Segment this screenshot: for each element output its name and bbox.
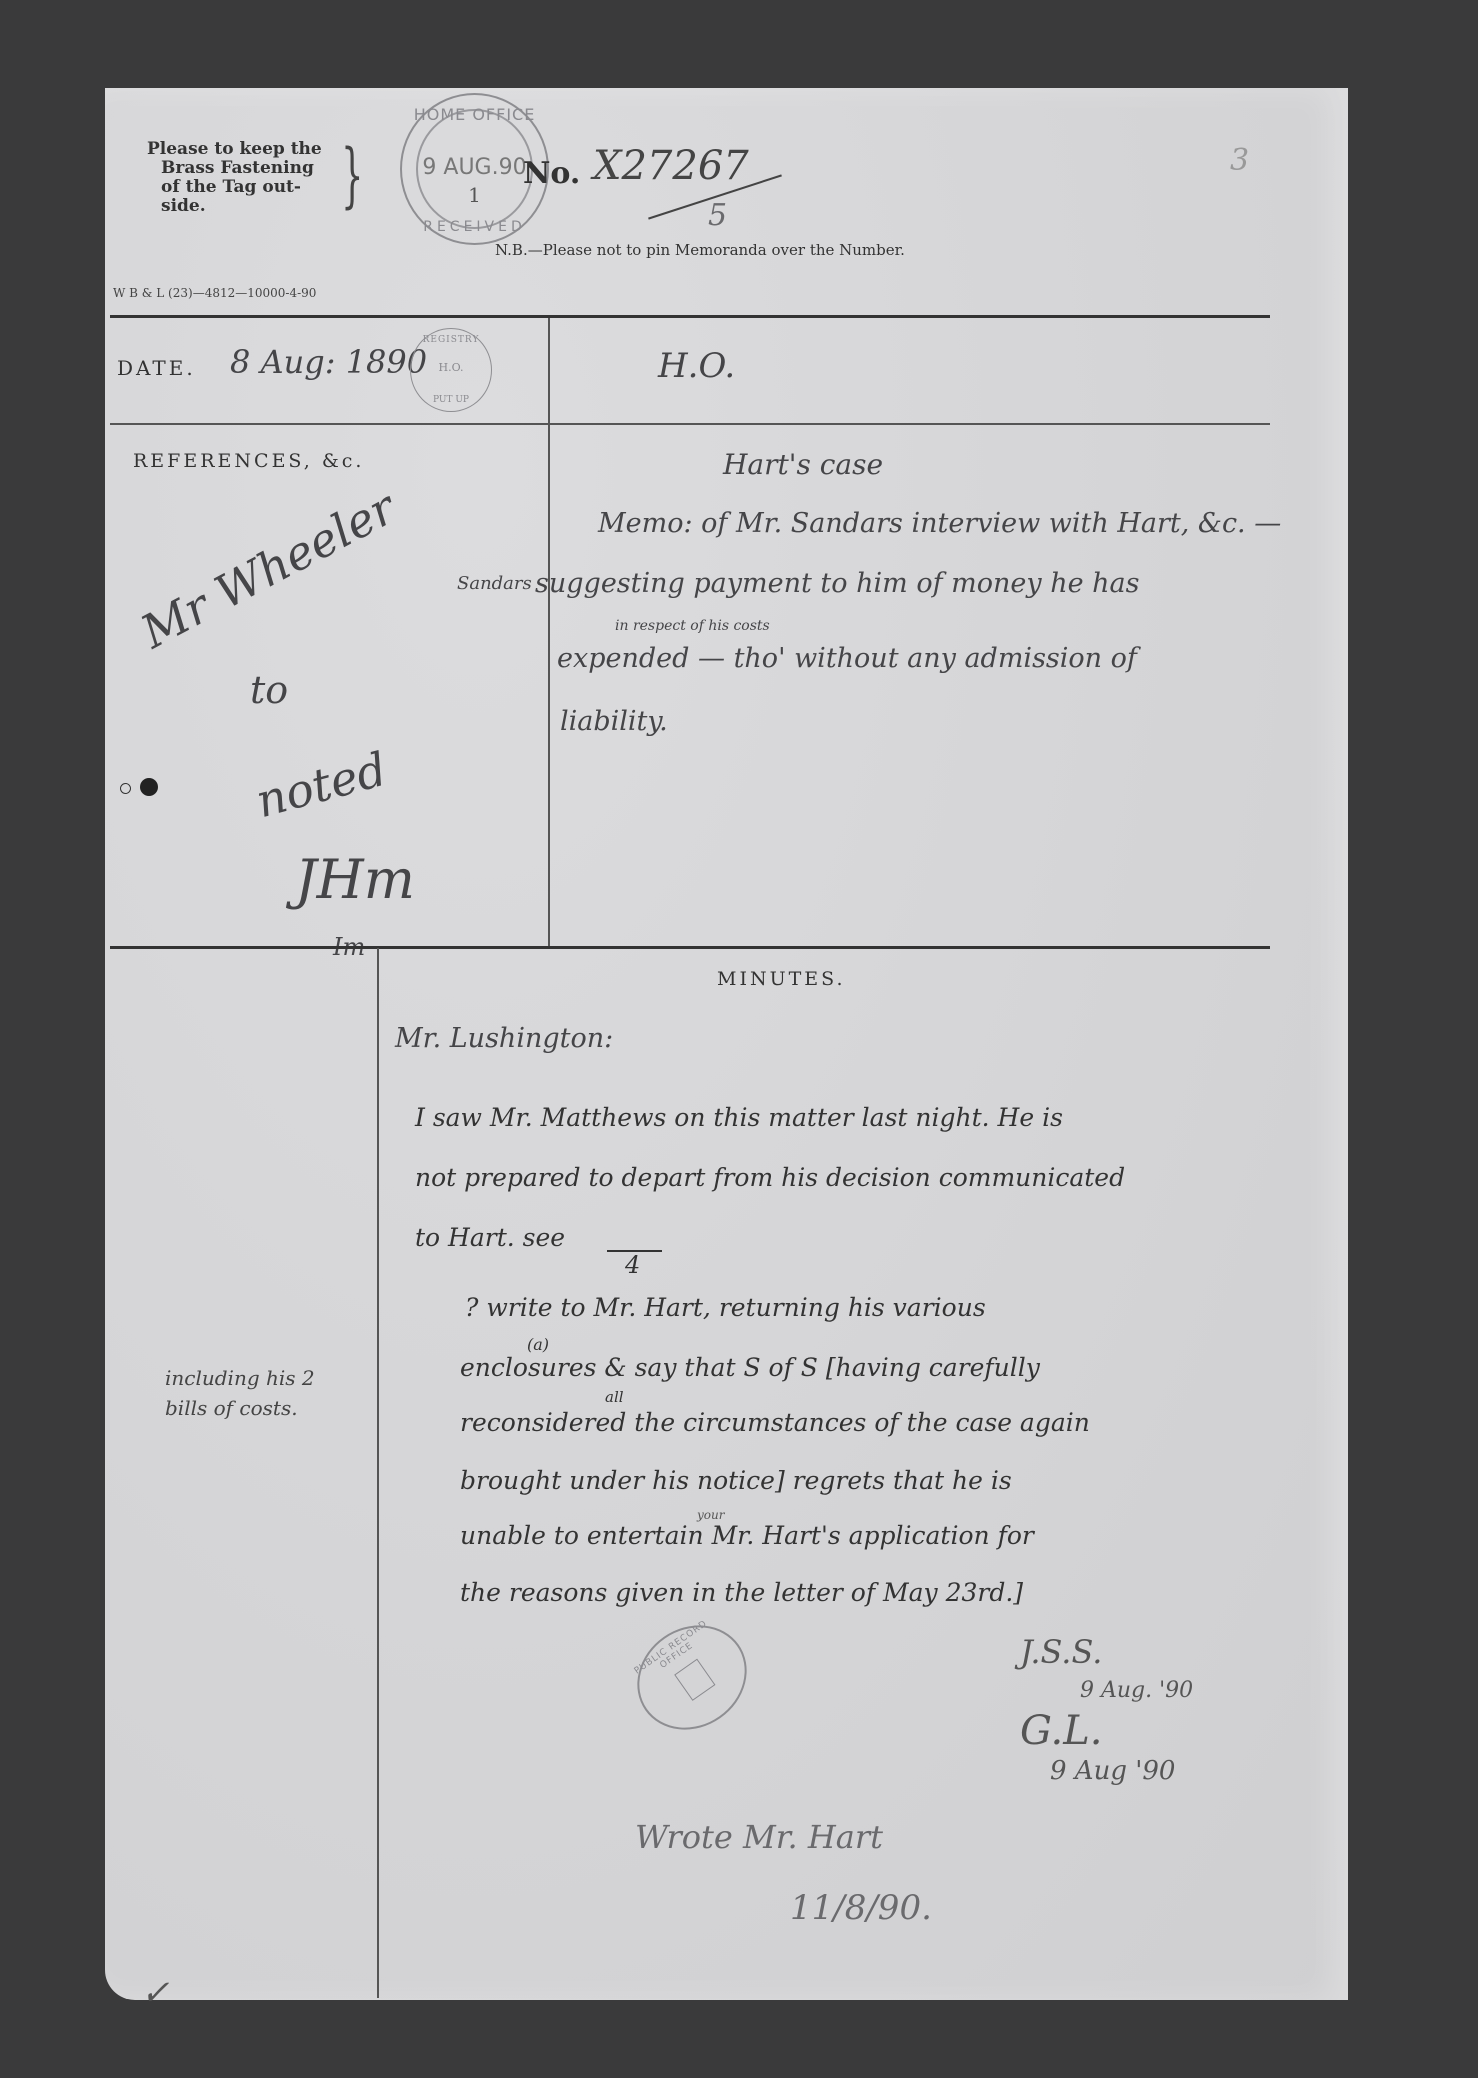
stamp-bottom-text: RECEIVED	[402, 219, 547, 235]
subject-interlinear: in respect of his costs	[615, 618, 770, 634]
registry-bottom: PUT UP	[411, 395, 491, 405]
fastening-line: of the Tag out-	[147, 178, 322, 197]
minutes-rule	[110, 946, 1270, 949]
minutes-line: unable to entertain Mr. Hart's applicati…	[460, 1521, 1034, 1550]
minutes-line: I saw Mr. Matthews on this matter last n…	[415, 1103, 1063, 1132]
minutes-addressee: Mr. Lushington:	[395, 1023, 613, 1054]
margin-note-line: including his 2	[165, 1363, 315, 1393]
signature-date: 9 Aug '90	[1050, 1756, 1175, 1786]
ref-note-noted: noted	[250, 742, 392, 828]
minutes-margin-divider	[377, 948, 379, 1998]
minutes-heading: MINUTES.	[717, 968, 846, 990]
minutes-line: brought under his notice] regrets that h…	[460, 1466, 1012, 1495]
small-hole	[120, 783, 131, 794]
subject-line: Memo: of Mr. Sandars interview with Hart…	[598, 508, 1281, 539]
subject-title: Hart's case	[723, 448, 883, 481]
margin-note: including his 2 bills of costs.	[165, 1363, 315, 1423]
insert-all: all	[605, 1388, 624, 1406]
punch-hole	[140, 778, 158, 796]
tick-mark: ✓	[141, 1973, 170, 2013]
minutes-line: to Hart. see	[415, 1223, 565, 1252]
minutes-line: the reasons given in the letter of May 2…	[460, 1578, 1023, 1607]
date-value: 8 Aug: 1890	[230, 343, 427, 381]
subject-line: liability.	[560, 706, 668, 737]
public-record-office-stamp: PUBLIC RECORD OFFICE	[617, 1604, 767, 1750]
signature-date: 9 Aug. '90	[1080, 1678, 1193, 1703]
references-label: REFERENCES, &c.	[133, 450, 364, 472]
minutes-line: enclosures & say that S of S [having car…	[460, 1353, 1040, 1382]
column-divider	[548, 318, 550, 946]
number-label: No.	[523, 156, 580, 191]
action-date: 11/8/90.	[790, 1888, 932, 1928]
fastening-note: Please to keep the Brass Fastening of th…	[147, 140, 322, 216]
signature-initials: G.L.	[1020, 1708, 1103, 1754]
number-value: X27267	[593, 143, 749, 189]
ref-note-to: to	[250, 668, 288, 712]
crest-icon	[674, 1659, 715, 1701]
date-label: DATE.	[117, 356, 196, 380]
ref-note-initials: JHm	[295, 848, 415, 911]
date-rule	[110, 423, 1270, 425]
minutes-line: ? write to Mr. Hart, returning his vario…	[465, 1293, 986, 1322]
brace-icon: }	[341, 140, 363, 210]
registry-ring-text: REGISTRY	[411, 335, 491, 345]
action-note: Wrote Mr. Hart	[635, 1818, 883, 1856]
registry-stamp: REGISTRY H.O. PUT UP	[410, 328, 492, 412]
document-page: Please to keep the Brass Fastening of th…	[105, 88, 1348, 2000]
minutes-line: not prepared to depart from his decision…	[415, 1163, 1125, 1192]
fastening-line: Please to keep the	[147, 140, 322, 159]
stamp-top-text: HOME OFFICE	[402, 105, 547, 124]
fastening-line: Brass Fastening	[147, 159, 322, 178]
insert-your: your	[697, 1508, 724, 1522]
ref-note-wheeler: Mr Wheeler	[132, 480, 404, 659]
subject-line: expended — tho' without any admission of	[557, 643, 1137, 674]
number-sub: 5	[708, 198, 727, 233]
corner-mark: 3	[1230, 143, 1249, 178]
from-value: H.O.	[658, 346, 735, 386]
margin-note-line: bills of costs.	[165, 1393, 315, 1423]
nb-note: N.B.—Please not to pin Memoranda over th…	[495, 241, 905, 259]
subject-line: suggesting payment to him of money he ha…	[535, 568, 1140, 599]
insert-a: (a)	[527, 1335, 549, 1354]
fastening-line: side.	[147, 197, 322, 216]
minutes-line: reconsidered the circumstances of the ca…	[460, 1408, 1090, 1437]
registry-center: H.O.	[411, 361, 491, 374]
printer-code: W B & L (23)—4812—10000-4-90	[113, 286, 316, 300]
header-rule	[110, 315, 1270, 318]
signature-initials: J.S.S.	[1020, 1633, 1102, 1671]
see-ref: 4	[625, 1251, 640, 1279]
subject-margin-insert: Sandars	[457, 573, 532, 594]
